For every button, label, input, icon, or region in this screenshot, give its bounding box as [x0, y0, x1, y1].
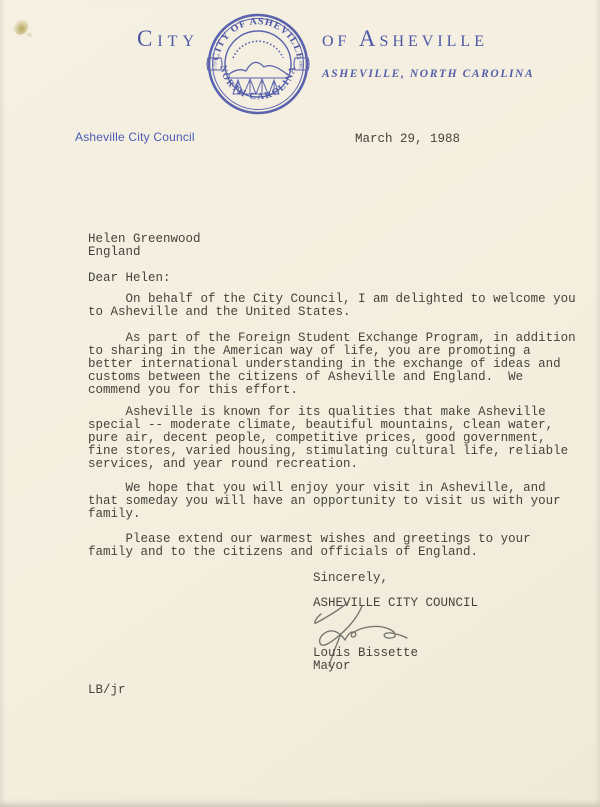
signer-name-title: Louis Bissette Mayor: [313, 647, 418, 673]
body-paragraph-2: As part of the Foreign Student Exchange …: [88, 332, 576, 397]
body-paragraph-1: On behalf of the City Council, I am deli…: [88, 293, 576, 319]
letterhead-city-word: City: [137, 26, 199, 52]
seal-right-year: 1883: [298, 60, 304, 71]
letter-date: March 29, 1988: [355, 133, 460, 146]
body-paragraph-4: We hope that you will enjoy your visit i…: [88, 482, 561, 521]
department-label: Asheville City Council: [75, 130, 195, 144]
letter-page: City of Asheville ASHEVILLE, NORTH CAROL…: [0, 0, 600, 807]
svg-text:CITY OF ASHEVILLE: CITY OF ASHEVILLE: [211, 16, 306, 61]
city-seal-icon: CITY OF ASHEVILLE NORTH CAROLINA 1797 18…: [206, 12, 310, 116]
signature-main-stroke: [320, 606, 407, 645]
svg-text:NORTH CAROLINA: NORTH CAROLINA: [217, 64, 299, 102]
closing-salutation: Sincerely,: [313, 572, 388, 585]
letterhead-subtitle: ASHEVILLE, NORTH CAROLINA: [322, 68, 534, 80]
paper-stain-small: [26, 32, 33, 38]
recipient-address: Helen Greenwood England: [88, 233, 201, 259]
typist-reference: LB/jr: [88, 684, 126, 697]
body-paragraph-5: Please extend our warmest wishes and gre…: [88, 533, 531, 559]
letterhead-of-asheville-word: of Asheville: [322, 26, 488, 52]
seal-left-year: 1797: [213, 59, 219, 70]
seal-top-text: CITY OF ASHEVILLE: [211, 16, 306, 61]
seal-motto-arc: [233, 41, 283, 58]
seal-bottom-text: NORTH CAROLINA: [217, 64, 299, 102]
salutation: Dear Helen:: [88, 272, 171, 285]
signature-check-stroke: [315, 602, 348, 623]
body-paragraph-3: Asheville is known for its qualities tha…: [88, 406, 568, 471]
seal-mountains: [228, 62, 288, 75]
